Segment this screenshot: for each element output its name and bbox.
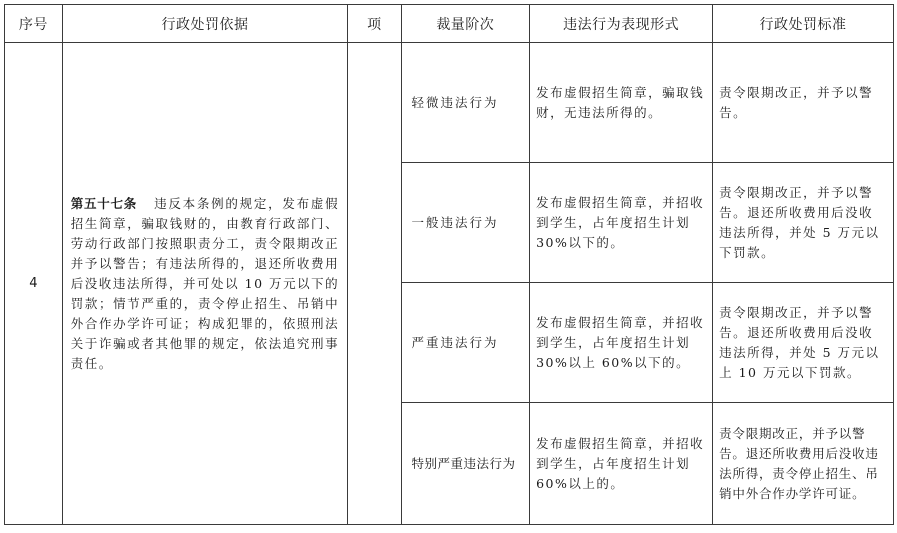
penalty-table-container: 序号 行政处罚依据 项 裁量阶次 违法行为表现形式 行政处罚标准 4 第五十七条… [4,4,894,525]
header-form: 违法行为表现形式 [530,5,713,43]
header-no: 序号 [5,5,63,43]
penalty-discretion-table: 序号 行政处罚依据 项 裁量阶次 违法行为表现形式 行政处罚标准 4 第五十七条… [4,4,894,525]
table-row: 4 第五十七条 违反本条例的规定，发布虚假招生简章，骗取钱财的，由教育行政部门、… [5,43,894,163]
form-cell: 发布虚假招生简章，并招收到学生，占年度招生计划 30%以下的。 [530,163,713,283]
form-cell: 发布虚假招生简章，骗取钱财，无违法所得的。 [530,43,713,163]
level-cell: 特别严重违法行为 [401,403,530,525]
article-number: 第五十七条 [71,196,137,211]
level-cell: 一般违法行为 [401,163,530,283]
level-cell: 轻微违法行为 [401,43,530,163]
standard-cell: 责令限期改正，并予以警告。退还所收费用后没收违法所得，并处 5 万元以下罚款。 [713,163,894,283]
form-cell: 发布虚假招生简章，并招收到学生，占年度招生计划 60%以上的。 [530,403,713,525]
item-cell [348,43,401,525]
header-basis: 行政处罚依据 [62,5,347,43]
level-cell: 严重违法行为 [401,283,530,403]
form-cell: 发布虚假招生简章，并招收到学生，占年度招生计划 30%以上 60%以下的。 [530,283,713,403]
article-text: 违反本条例的规定，发布虚假招生简章，骗取钱财的，由教育行政部门、劳动行政部门按照… [71,196,339,371]
header-row: 序号 行政处罚依据 项 裁量阶次 违法行为表现形式 行政处罚标准 [5,5,894,43]
standard-cell: 责令限期改正，并予以警告。 [713,43,894,163]
header-standard: 行政处罚标准 [713,5,894,43]
record-number: 4 [5,43,63,525]
standard-cell: 责令限期改正，并予以警告。退还所收费用后没收违法所得，责令停止招生、吊销中外合作… [713,403,894,525]
header-level: 裁量阶次 [401,5,530,43]
header-item: 项 [348,5,401,43]
article-spacer [137,196,154,211]
penalty-basis-cell: 第五十七条 违反本条例的规定，发布虚假招生简章，骗取钱财的，由教育行政部门、劳动… [62,43,347,525]
standard-cell: 责令限期改正，并予以警告。退还所收费用后没收违法所得，并处 5 万元以上 10 … [713,283,894,403]
